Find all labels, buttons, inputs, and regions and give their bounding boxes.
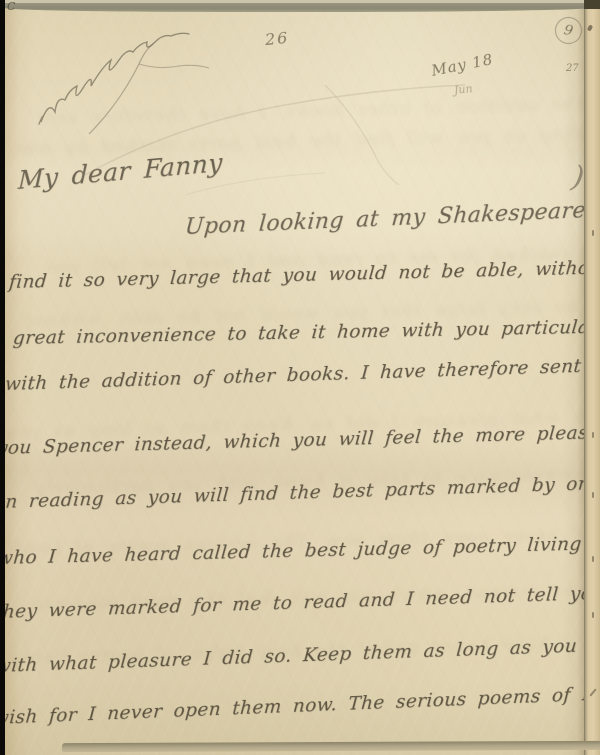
- edge-ink-speck: [592, 492, 594, 498]
- edge-ink-speck: [592, 612, 594, 618]
- scan-background-top-right: [584, 0, 600, 9]
- show-through-flourish: [65, 55, 485, 215]
- scan-background-left-edge: [0, 0, 5, 755]
- edge-ink-speck: [592, 556, 594, 562]
- edge-ink-speck: [592, 230, 594, 236]
- letter-page: with the addition of other books. I have…: [5, 0, 584, 755]
- letter-line: with the addition of other books. I have…: [5, 356, 582, 395]
- folio-number: 9: [562, 22, 574, 40]
- circled-folio-number: 9: [552, 14, 584, 46]
- ink-edge-mark: ): [569, 159, 584, 195]
- corner-pencil-mark: C: [7, 0, 15, 13]
- pencil-page-number: 26: [264, 28, 290, 49]
- edge-ink-speck: [592, 432, 594, 438]
- pencil-date-secondary: Jun: [453, 82, 473, 97]
- adjacent-page-edge: [584, 0, 600, 755]
- page-top-edge-shadow: [5, 3, 600, 12]
- manuscript-scan: with the addition of other books. I have…: [0, 0, 600, 755]
- letter-line: wish for I never open them now. The seri…: [5, 682, 584, 729]
- edge-ink-speck: [589, 688, 596, 696]
- pencil-number-27: 27: [566, 63, 579, 74]
